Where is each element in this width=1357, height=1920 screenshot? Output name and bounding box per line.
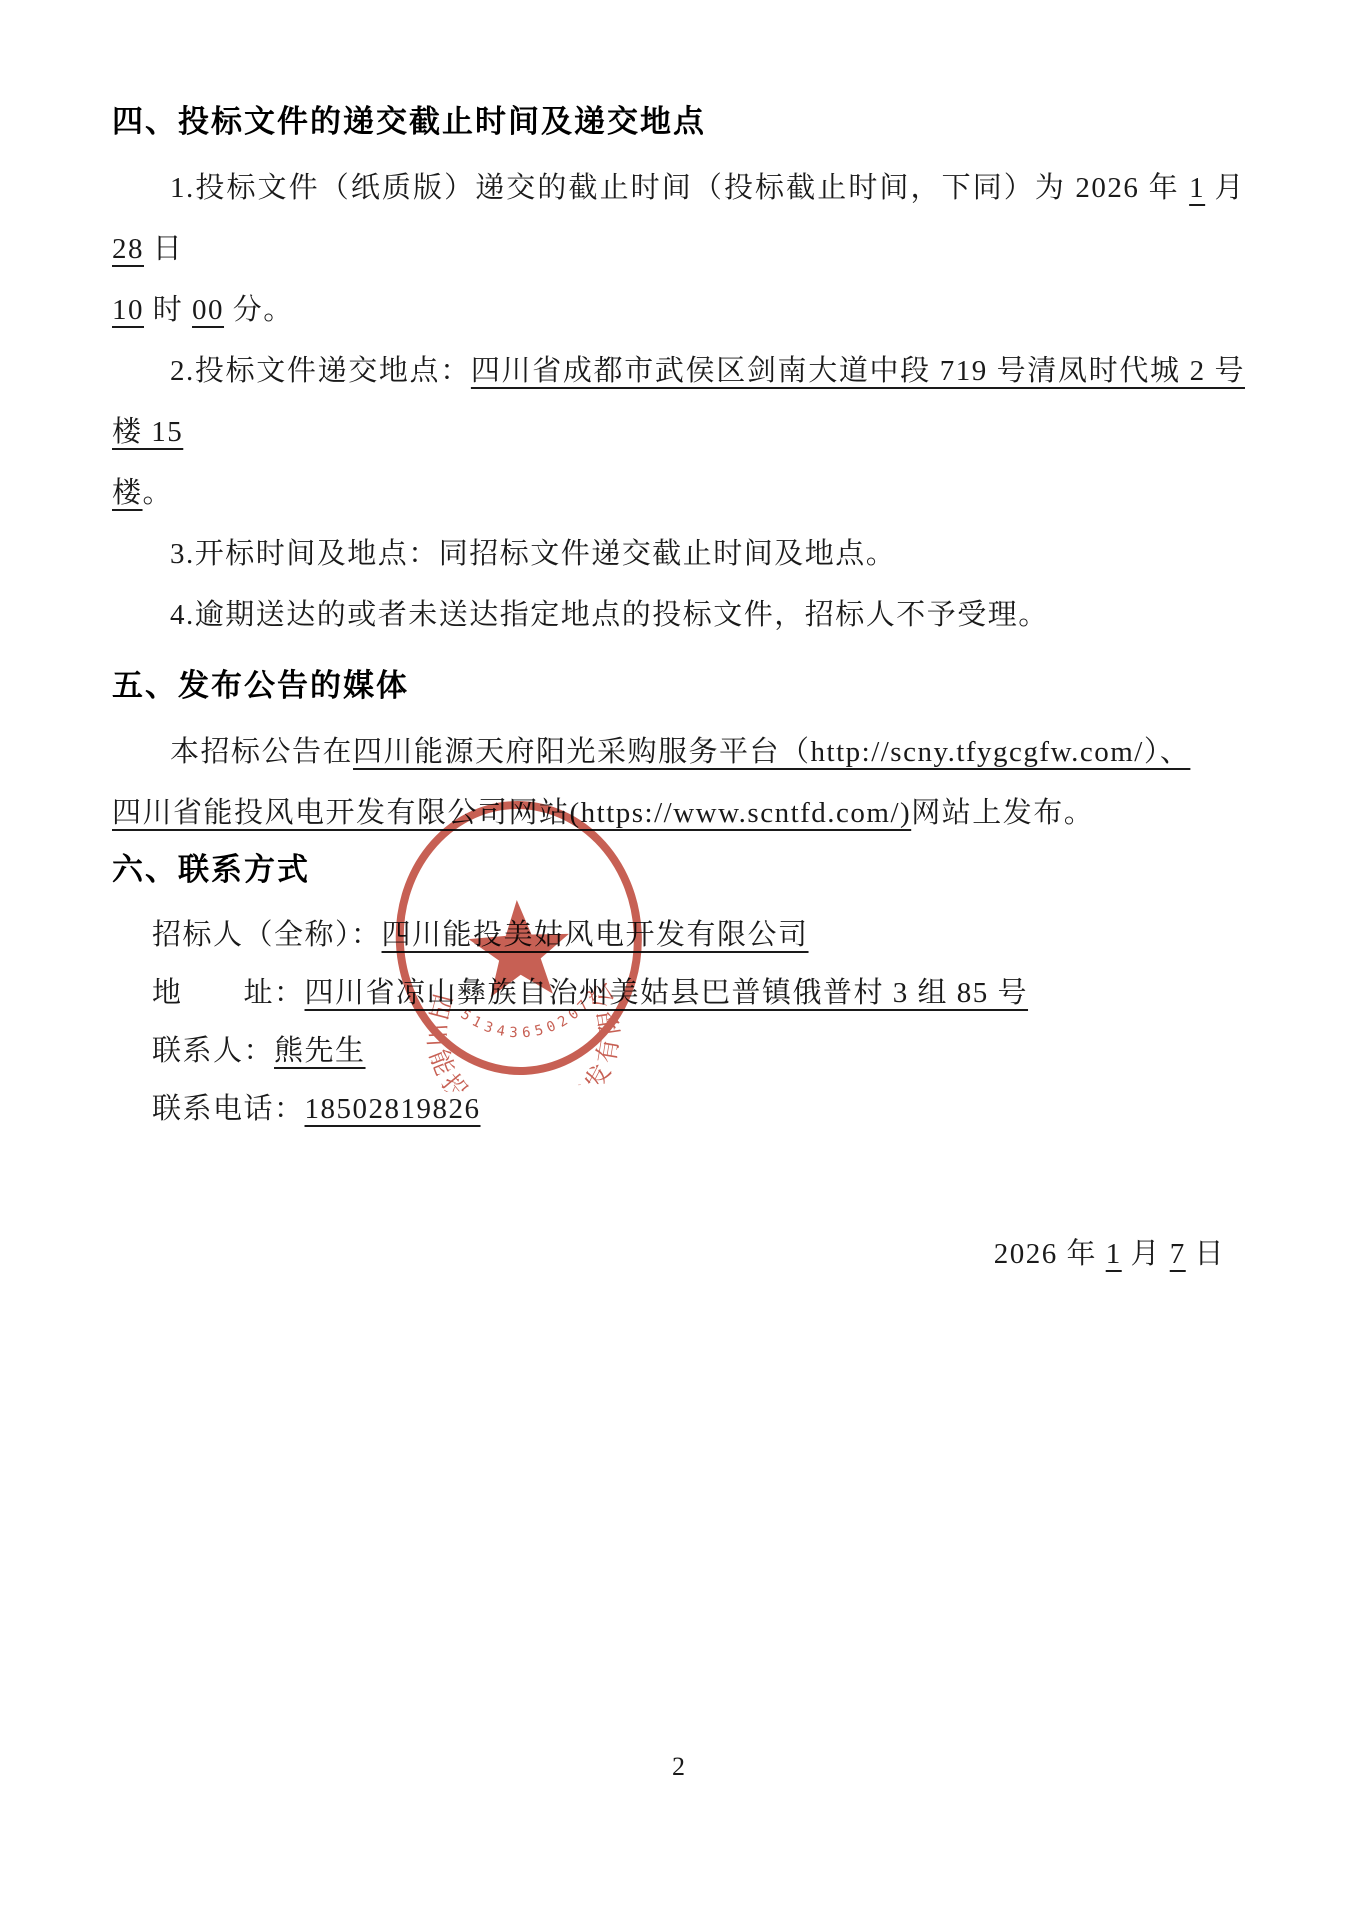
contact-person-line: 联系人：熊先生 (112, 1022, 1245, 1080)
section-4-paragraph-4: 4.逾期送达的或者未送达指定地点的投标文件，招标人不予受理。 (112, 585, 1245, 646)
section-4-paragraph-2: 2.投标文件递交地点：四川省成都市武侯区剑南大道中段 719 号清凤时代城 2 … (112, 341, 1245, 524)
document-page: 四、投标文件的递交截止时间及递交地点 1.投标文件（纸质版）递交的截止时间（投标… (0, 0, 1357, 1920)
section-5-heading: 五、发布公告的媒体 (112, 664, 1245, 708)
page-number: 2 (0, 1752, 1357, 1782)
section-4-paragraph-3: 3.开标时间及地点：同招标文件递交截止时间及地点。 (112, 524, 1245, 585)
section-4-heading: 四、投标文件的递交截止时间及递交地点 (112, 100, 1245, 144)
section-5-paragraph-1: 本招标公告在四川能源天府阳光采购服务平台（http://scny.tfygcgf… (112, 722, 1245, 844)
contact-phone-line: 联系电话：18502819826 (112, 1080, 1245, 1138)
section-6-heading: 六、联系方式 (112, 848, 1245, 892)
address-line: 地 址：四川省凉山彝族自治州美姑县巴普镇俄普村 3 组 85 号 (112, 964, 1245, 1022)
section-4-paragraph-1: 1.投标文件（纸质版）递交的截止时间（投标截止时间，下同）为 2026 年 1 … (112, 158, 1245, 341)
section-6-block: 六、联系方式 招标人（全称）：四川能投美姑风电开发有限公司 地 址：四川省凉山彝… (112, 848, 1245, 1138)
tenderer-name-line: 招标人（全称）：四川能投美姑风电开发有限公司 (112, 906, 1245, 964)
announcement-date: 2026 年 1 月 7 日 (112, 1234, 1245, 1274)
